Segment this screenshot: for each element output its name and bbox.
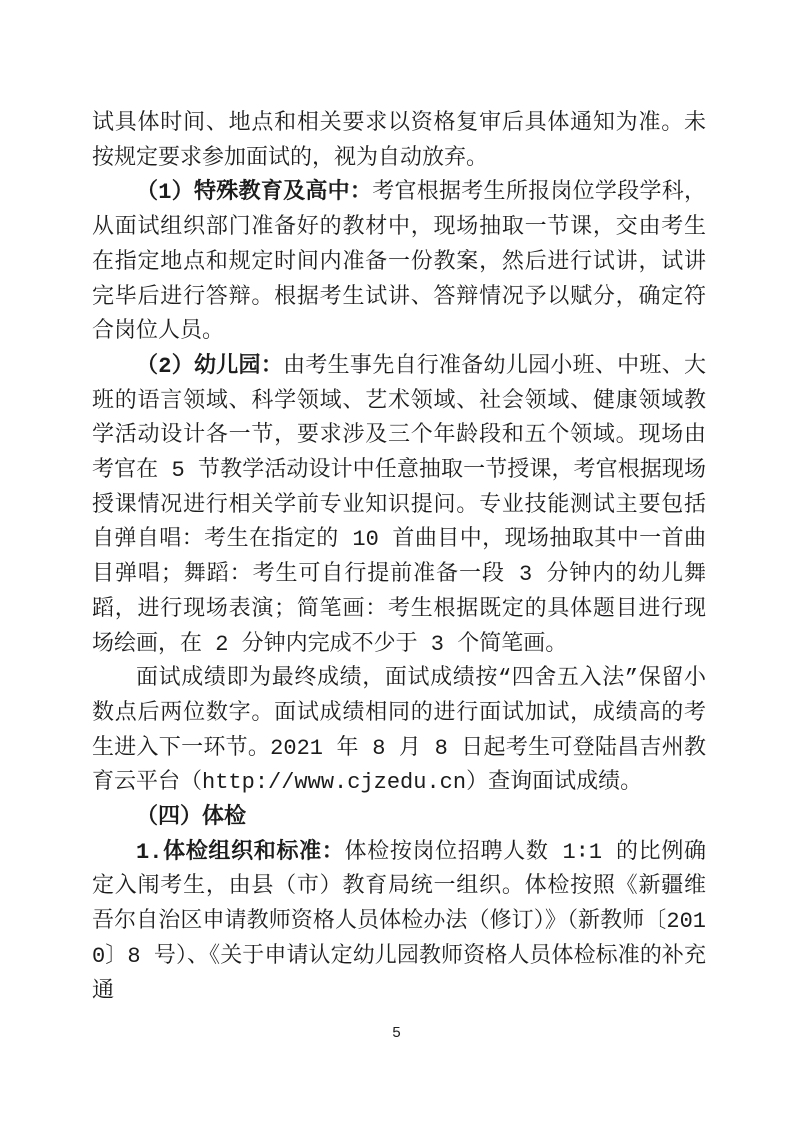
paragraph-special-ed-highschool: （1）特殊教育及高中：考官根据考生所报岗位学段学科，从面试组织部门准备好的教材中… xyxy=(92,176,706,350)
document-page: 试具体时间、地点和相关要求以资格复审后具体通知为准。未按规定要求参加面试的，视为… xyxy=(0,0,793,1122)
paragraph-interview-continuation: 试具体时间、地点和相关要求以资格复审后具体通知为准。未按规定要求参加面试的，视为… xyxy=(92,107,706,176)
paragraph-heading: （1）特殊教育及高中： xyxy=(136,180,372,205)
paragraph-heading: 1.体检组织和标准： xyxy=(136,840,344,865)
page-number: 5 xyxy=(0,1026,793,1041)
paragraph-text: 由考生事先自行准备幼儿园小班、中班、大班的语言领域、科学领域、艺术领域、社会领域… xyxy=(92,354,706,657)
paragraph-physical-exam-standard: 1.体检组织和标准：体检按岗位招聘人数 1∶1 的比例确定入闱考生，由县（市）教… xyxy=(92,836,706,1010)
url-text: http://www.cjzedu.cn xyxy=(202,770,466,795)
paragraph-text: 试具体时间、地点和相关要求以资格复审后具体通知为准。未按规定要求参加面试的，视为… xyxy=(92,111,706,171)
paragraph-text: ）查询面试成绩。 xyxy=(466,770,642,795)
paragraph-heading: （2）幼儿园： xyxy=(136,354,283,379)
document-body: 试具体时间、地点和相关要求以资格复审后具体通知为准。未按规定要求参加面试的，视为… xyxy=(92,107,706,1009)
heading-physical-exam: （四）体检 xyxy=(92,801,706,836)
paragraph-interview-score: 面试成绩即为最终成绩，面试成绩按“四舍五入法”保留小数点后两位数字。面试成绩相同… xyxy=(92,662,706,801)
section-heading: （四）体检 xyxy=(136,805,246,830)
paragraph-kindergarten: （2）幼儿园：由考生事先自行准备幼儿园小班、中班、大班的语言领域、科学领域、艺术… xyxy=(92,350,706,662)
